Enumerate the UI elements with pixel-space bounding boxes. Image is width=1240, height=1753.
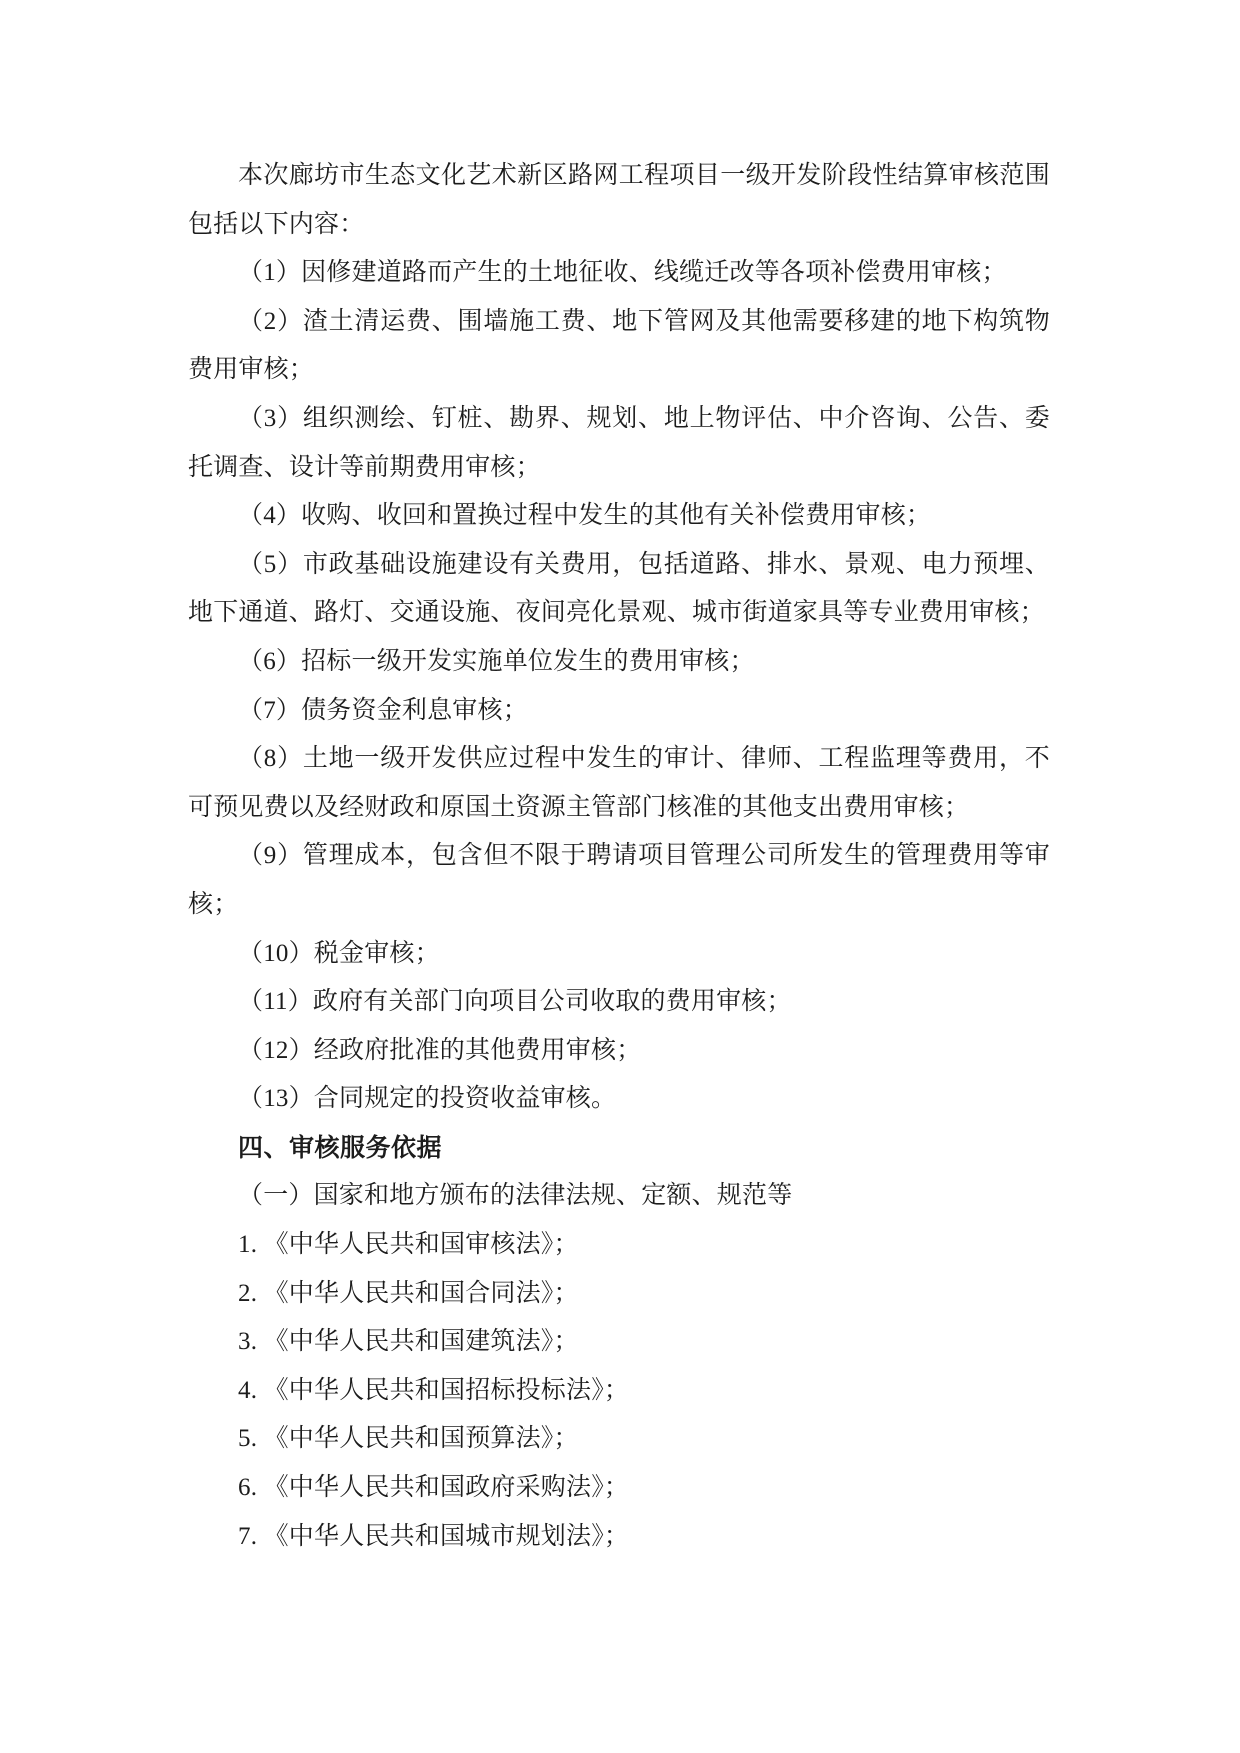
law-item-3: 3. 《中华人民共和国建筑法》； xyxy=(188,1318,1050,1367)
section-heading-basis: 四、审核服务依据 xyxy=(188,1124,1050,1173)
document-page: 本次廊坊市生态文化艺术新区路网工程项目一级开发阶段性结算审核范围包括以下内容： … xyxy=(0,0,1240,1753)
scope-item-8: （8）土地一级开发供应过程中发生的审计、律师、工程监理等费用，不可预见费以及经财… xyxy=(188,735,1050,832)
law-item-6: 6. 《中华人民共和国政府采购法》； xyxy=(188,1464,1050,1513)
scope-item-6: （6）招标一级开发实施单位发生的费用审核； xyxy=(188,638,1050,687)
scope-item-7: （7）债务资金利息审核； xyxy=(188,687,1050,736)
law-item-7: 7. 《中华人民共和国城市规划法》； xyxy=(188,1513,1050,1562)
law-item-4: 4. 《中华人民共和国招标投标法》； xyxy=(188,1367,1050,1416)
basis-category-heading: （一）国家和地方颁布的法律法规、定额、规范等 xyxy=(188,1172,1050,1221)
document-body: 本次廊坊市生态文化艺术新区路网工程项目一级开发阶段性结算审核范围包括以下内容： … xyxy=(188,152,1050,1561)
law-item-5: 5. 《中华人民共和国预算法》； xyxy=(188,1415,1050,1464)
scope-item-3: （3）组织测绘、钉桩、勘界、规划、地上物评估、中介咨询、公告、委托调查、设计等前… xyxy=(188,395,1050,492)
scope-item-4: （4）收购、收回和置换过程中发生的其他有关补偿费用审核； xyxy=(188,492,1050,541)
scope-item-13: （13）合同规定的投资收益审核。 xyxy=(188,1075,1050,1124)
law-item-2: 2. 《中华人民共和国合同法》； xyxy=(188,1270,1050,1319)
law-item-1: 1. 《中华人民共和国审核法》； xyxy=(188,1221,1050,1270)
scope-item-11: （11）政府有关部门向项目公司收取的费用审核； xyxy=(188,978,1050,1027)
intro-paragraph: 本次廊坊市生态文化艺术新区路网工程项目一级开发阶段性结算审核范围包括以下内容： xyxy=(188,152,1050,249)
scope-item-12: （12）经政府批准的其他费用审核； xyxy=(188,1027,1050,1076)
scope-item-9: （9）管理成本，包含但不限于聘请项目管理公司所发生的管理费用等审核； xyxy=(188,832,1050,929)
scope-item-5: （5）市政基础设施建设有关费用，包括道路、排水、景观、电力预埋、地下通道、路灯、… xyxy=(188,541,1050,638)
scope-item-1: （1）因修建道路而产生的土地征收、线缆迁改等各项补偿费用审核； xyxy=(188,249,1050,298)
scope-item-10: （10）税金审核； xyxy=(188,930,1050,979)
scope-item-2: （2）渣土清运费、围墙施工费、地下管网及其他需要移建的地下构筑物费用审核； xyxy=(188,298,1050,395)
